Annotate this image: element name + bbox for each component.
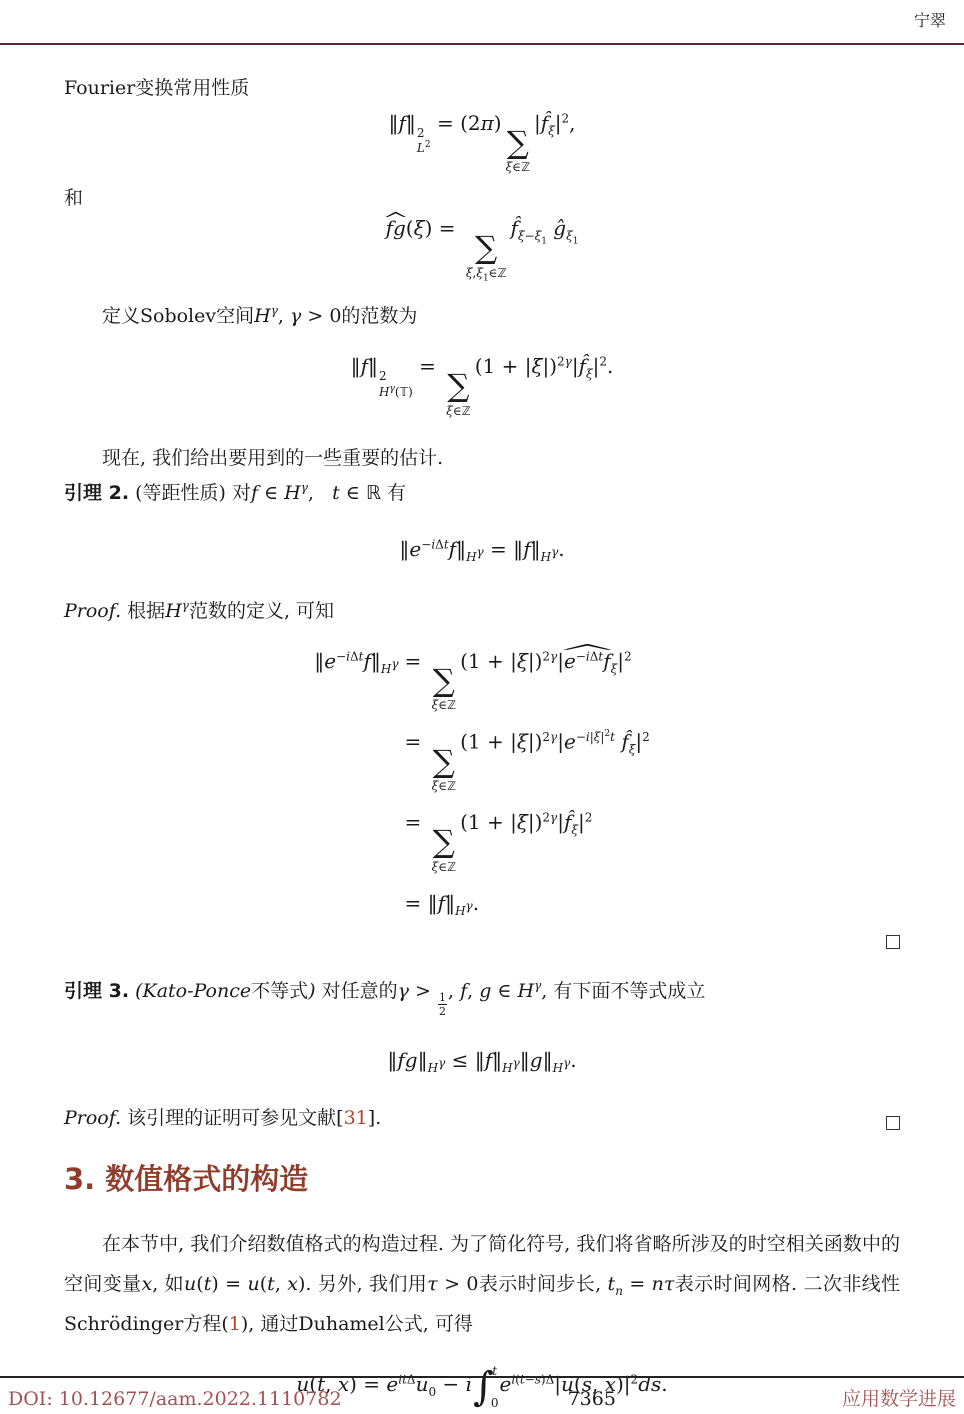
formula-kato-ponce: ‖fg‖Hγ ≤ ‖f‖Hγ‖g‖Hγ.: [64, 1048, 900, 1075]
page-header: 宁翠: [0, 0, 964, 31]
sobolev-definition-text: 定义Sobolev空间Hγ, γ > 0的范数为: [64, 301, 900, 328]
proof-lemma3-text: Proof. 该引理的证明可参见文献[31].: [64, 1103, 381, 1130]
and-label: 和: [64, 183, 900, 210]
equation-1-link[interactable]: 1: [229, 1313, 241, 1335]
page-footer: DOI: 10.12677/aam.2022.1110782 7365 应用数学…: [0, 1376, 964, 1411]
derivation-line-3: = ∑ξ∈ℤ(1 + |ξ|)2γ|f̂ξ|2: [399, 810, 650, 872]
section-3-paragraph: 在本节中, 我们介绍数值格式的构造过程. 为了简化符号, 我们将省略所涉及的时空…: [64, 1225, 900, 1345]
qed-row-lemma2: [64, 932, 900, 954]
formula-sobolev-norm: ‖f‖2Hγ(𝕋) = ∑ξ∈ℤ(1 + |ξ|)2γ|f̂ξ|2.: [64, 354, 900, 416]
footer-journal-name: 应用数学进展: [842, 1384, 956, 1411]
lemma-2-statement: 引理 2. (等距性质) 对f ∈ Hγ, t ∈ ℝ 有: [64, 478, 900, 505]
footer-doi: DOI: 10.12677/aam.2022.1110782: [8, 1388, 342, 1410]
derivation-lhs: ‖e−iΔtf‖Hγ: [314, 649, 398, 711]
qed-box: [886, 1116, 900, 1130]
estimates-intro-text: 现在, 我们给出要用到的一些重要的估计.: [64, 443, 900, 470]
citation-31-link[interactable]: 31: [344, 1107, 368, 1129]
footer-page-number: 7365: [568, 1388, 616, 1410]
formula-l2-parseval: ‖f‖2L2 = (2π)∑ξ∈ℤ|f̂ξ|2,: [64, 111, 900, 173]
author-name: 宁翠: [914, 11, 946, 30]
paper-page: 宁翠 Fourier变换常用性质 ‖f‖2L2 = (2π)∑ξ∈ℤ|f̂ξ|2…: [0, 0, 964, 1414]
proof-lemma3-row: Proof. 该引理的证明可参见文献[31].: [64, 1103, 900, 1130]
isometry-derivation: ‖e−iΔtf‖Hγ = ∑ξ∈ℤ(1 + |ξ|)2γ|e−iΔtfξ|2 =…: [314, 649, 650, 918]
derivation-line-4: = ‖f‖Hγ.: [399, 891, 650, 918]
derivation-line-2: = ∑ξ∈ℤ(1 + |ξ|)2γ|e−i|ξ|2t f̂ξ|2: [399, 729, 650, 792]
formula-isometry: ‖e−iΔtf‖Hγ = ‖f‖Hγ.: [64, 537, 900, 564]
proof-lemma2-intro: Proof. 根据Hγ范数的定义, 可知: [64, 596, 900, 623]
fourier-properties-label: Fourier变换常用性质: [64, 73, 900, 100]
derivation-line-1: = ∑ξ∈ℤ(1 + |ξ|)2γ|e−iΔtfξ|2: [399, 649, 650, 711]
lemma-3-statement: 引理 3. (Kato-Ponce不等式) 对任意的γ > 12, f, g ∈…: [64, 976, 900, 1018]
section-3-heading: 3. 数值格式的构造: [64, 1160, 900, 1199]
page-content: Fourier变换常用性质 ‖f‖2L2 = (2π)∑ξ∈ℤ|f̂ξ|2, 和…: [0, 73, 964, 1410]
formula-convolution: fg(ξ) = ∑ξ,ξ1∈ℤf̂ξ−ξ1 ĝξ1: [64, 216, 900, 283]
header-rule: [0, 43, 964, 45]
qed-box: [886, 935, 900, 949]
